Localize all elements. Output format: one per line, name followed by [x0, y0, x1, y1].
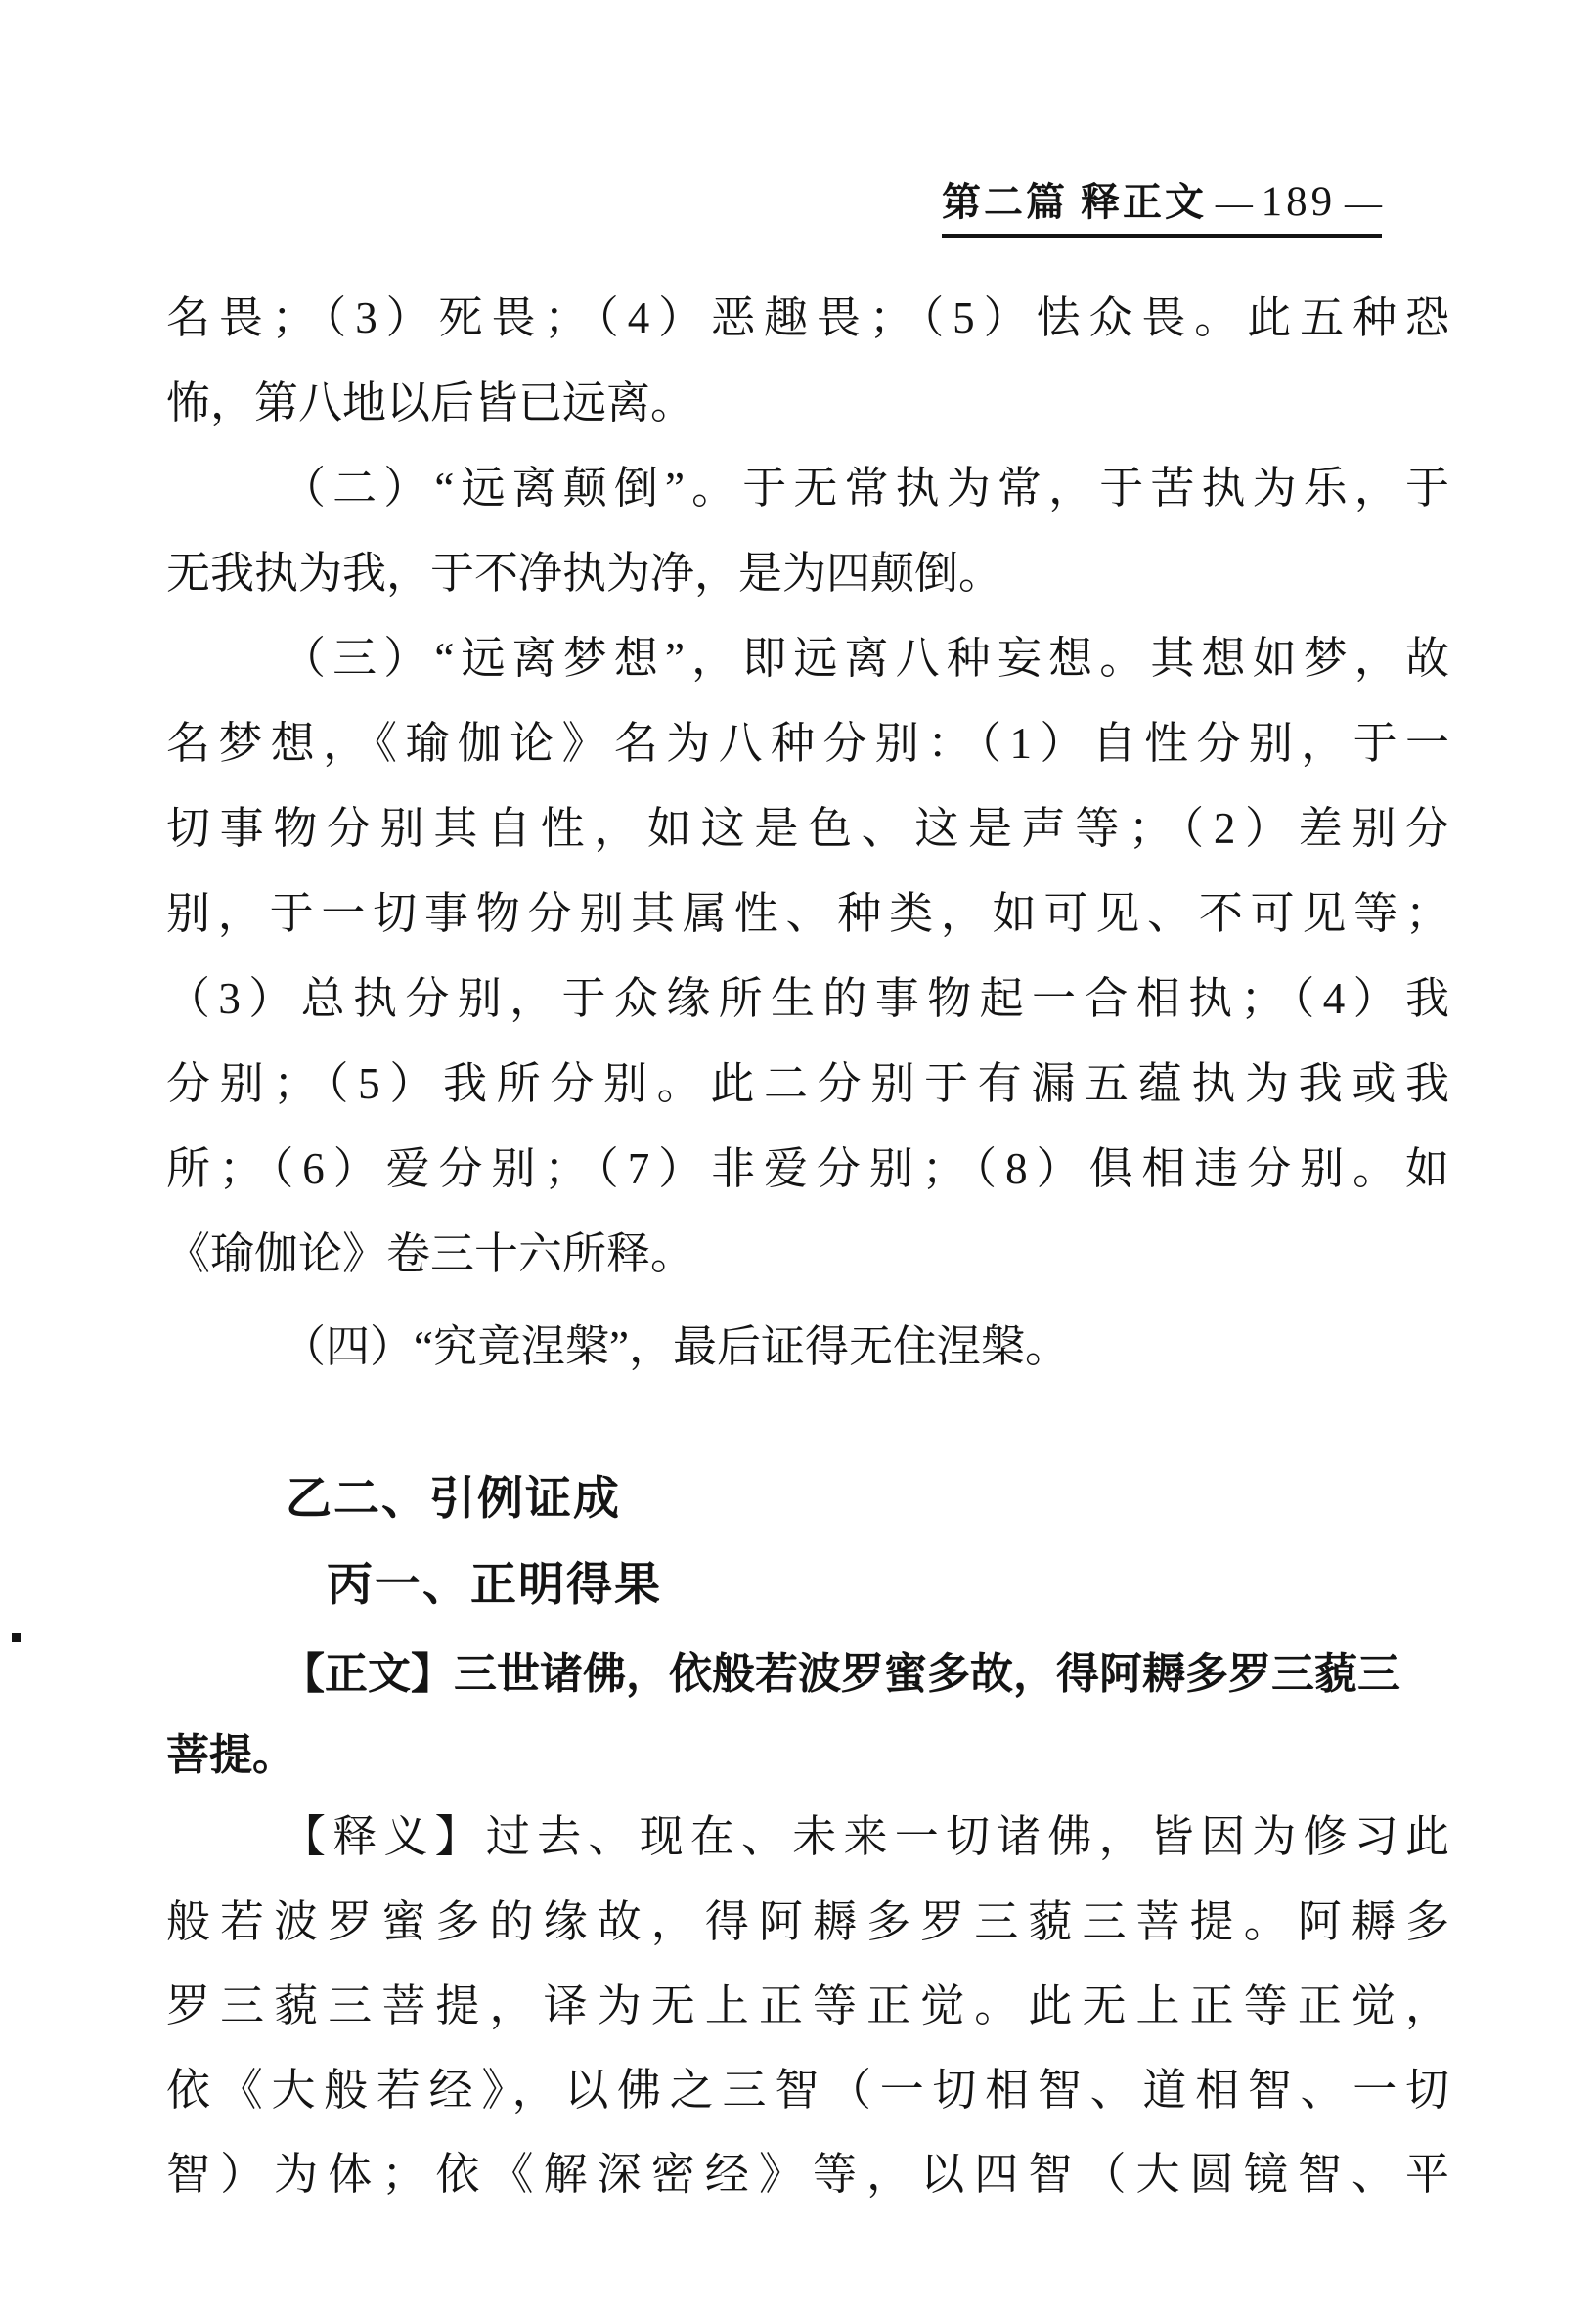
text-line: 怖，第八地以后皆已远离。: [166, 375, 1449, 431]
text-line: 【释义】过去、现在、未来一切诸佛，皆因为修习此: [166, 1808, 1449, 1865]
text-line: 所；（6）爱分别；（7）非爱分别；（8）俱相违分别。如: [166, 1140, 1449, 1197]
text-line: 《瑜伽论》卷三十六所释。: [166, 1225, 1449, 1282]
text-line: 名畏；（3）死畏；（4）恶趣畏；（5）怯众畏。此五种恐: [166, 289, 1449, 346]
text-line: 无我执为我，于不净执为净，是为四颠倒。: [166, 545, 1449, 601]
text-line: 般若波罗蜜多的缘故，得阿耨多罗三藐三菩提。阿耨多: [166, 1893, 1449, 1950]
text-line: （二）“远离颠倒”。于无常执为常，于苦执为乐，于: [166, 460, 1449, 516]
section-heading: 乙二、引例证成: [166, 1470, 1569, 1527]
text-line: 别，于一切事物分别其属性、种类，如可见、不可见等；: [166, 885, 1449, 942]
text-line: （3）总执分别，于众缘所生的事物起一合相执；（4）我: [166, 970, 1449, 1027]
ink-speck: [12, 1633, 21, 1642]
text-line: 切事物分别其自性，如这是色、这是声等；（2）差别分: [166, 800, 1449, 857]
text-line: 依《大般若经》，以佛之三智（一切相智、道相智、一切: [166, 2062, 1449, 2118]
text-line: 名梦想，《瑜伽论》名为八种分别：（1）自性分别，于一: [166, 715, 1449, 772]
text-line: （四）“究竟涅槃”，最后证得无住涅槃。: [166, 1318, 1449, 1375]
text-line: 智）为体；依《解深密经》等，以四智（大圆镜智、平: [166, 2146, 1449, 2203]
text-line: 罗三藐三菩提，译为无上正等正觉。此无上正等正觉，: [166, 1978, 1449, 2034]
body-text: 名畏；（3）死畏；（4）恶趣畏；（5）怯众畏。此五种恐怖，第八地以后皆已远离。（…: [0, 0, 1596, 2316]
text-line: 菩提。: [166, 1727, 1449, 1784]
text-line: （三）“远离梦想”，即远离八种妄想。其想如梦，故: [166, 630, 1449, 687]
text-line: 分别；（5）我所分别。此二分别于有漏五蕴执为我或我: [166, 1055, 1449, 1112]
sub-heading: 丙一、正明得果: [166, 1556, 1596, 1613]
book-page: 第二篇 释正文 — 189 — 名畏；（3）死畏；（4）恶趣畏；（5）怯众畏。此…: [0, 0, 1596, 2316]
text-line: 【正文】三世诸佛，依般若波罗蜜多故，得阿耨多罗三藐三: [166, 1646, 1449, 1703]
